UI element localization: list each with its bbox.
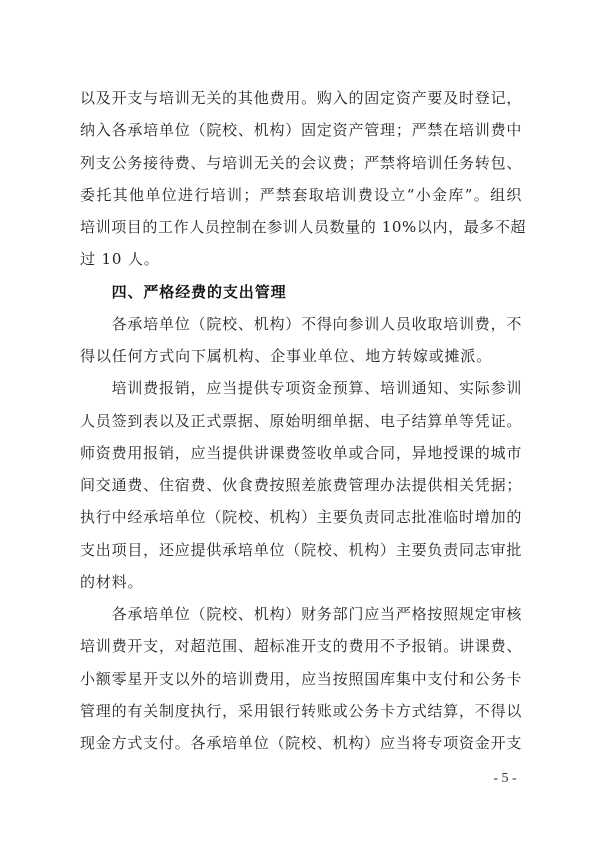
section-heading: 四、严格经费的支出管理 [80,276,522,308]
paragraph-line: 委托其他单位进行培训；严禁套取培训费设立“小金库”。组织 [80,179,522,211]
paragraph-line: 各承培单位（院校、机构）不得向参训人员收取培训费，不 [80,308,522,340]
paragraph-line: 管理的有关制度执行，采用银行转账或公务卡方式结算，不得以 [80,695,522,727]
paragraph-line: 培训项目的工作人员控制在参训人员数量的 10%以内，最多不超 [80,211,522,243]
paragraph-line: 间交通费、住宿费、伙食费按照差旅费管理办法提供相关凭据； [80,469,522,501]
paragraph-line: 列支公务接待费、与培训无关的会议费；严禁将培训任务转包、 [80,147,522,179]
paragraph-line: 培训费报销，应当提供专项资金预算、培训通知、实际参训 [80,372,522,404]
paragraph-line: 支出项目，还应提供承培单位（院校、机构）主要负责同志审批 [80,534,522,566]
page-number: - 5 - [482,768,528,790]
document-body: 以及开支与培训无关的其他费用。购入的固定资产要及时登记， 纳入各承培单位（院校、… [80,82,522,759]
document-page: 以及开支与培训无关的其他费用。购入的固定资产要及时登记， 纳入各承培单位（院校、… [0,0,600,848]
paragraph-4: 各承培单位（院校、机构）财务部门应当严格按照规定审核 培训费开支，对超范围、超标… [80,598,522,759]
paragraph-line: 过 10 人。 [80,243,522,275]
paragraph-line: 现金方式支付。各承培单位（院校、机构）应当将专项资金开支 [80,727,522,759]
paragraph-line: 师资费用报销，应当提供讲课费签收单或合同，异地授课的城市 [80,437,522,469]
paragraph-line: 执行中经承培单位（院校、机构）主要负责同志批准临时增加的 [80,501,522,533]
paragraph-line: 得以任何方式向下属机构、企事业单位、地方转嫁或摊派。 [80,340,522,372]
paragraph-3: 培训费报销，应当提供专项资金预算、培训通知、实际参训 人员签到表以及正式票据、原… [80,372,522,598]
paragraph-1: 以及开支与培训无关的其他费用。购入的固定资产要及时登记， 纳入各承培单位（院校、… [80,82,522,276]
paragraph-line: 的材料。 [80,566,522,598]
paragraph-line: 纳入各承培单位（院校、机构）固定资产管理；严禁在培训费中 [80,114,522,146]
paragraph-line: 人员签到表以及正式票据、原始明细单据、电子结算单等凭证。 [80,405,522,437]
paragraph-line: 小额零星开支以外的培训费用，应当按照国库集中支付和公务卡 [80,663,522,695]
paragraph-line: 各承培单位（院校、机构）财务部门应当严格按照规定审核 [80,598,522,630]
paragraph-line: 培训费开支，对超范围、超标准开支的费用不予报销。讲课费、 [80,630,522,662]
paragraph-2: 各承培单位（院校、机构）不得向参训人员收取培训费，不 得以任何方式向下属机构、企… [80,308,522,373]
paragraph-line: 以及开支与培训无关的其他费用。购入的固定资产要及时登记， [80,82,522,114]
